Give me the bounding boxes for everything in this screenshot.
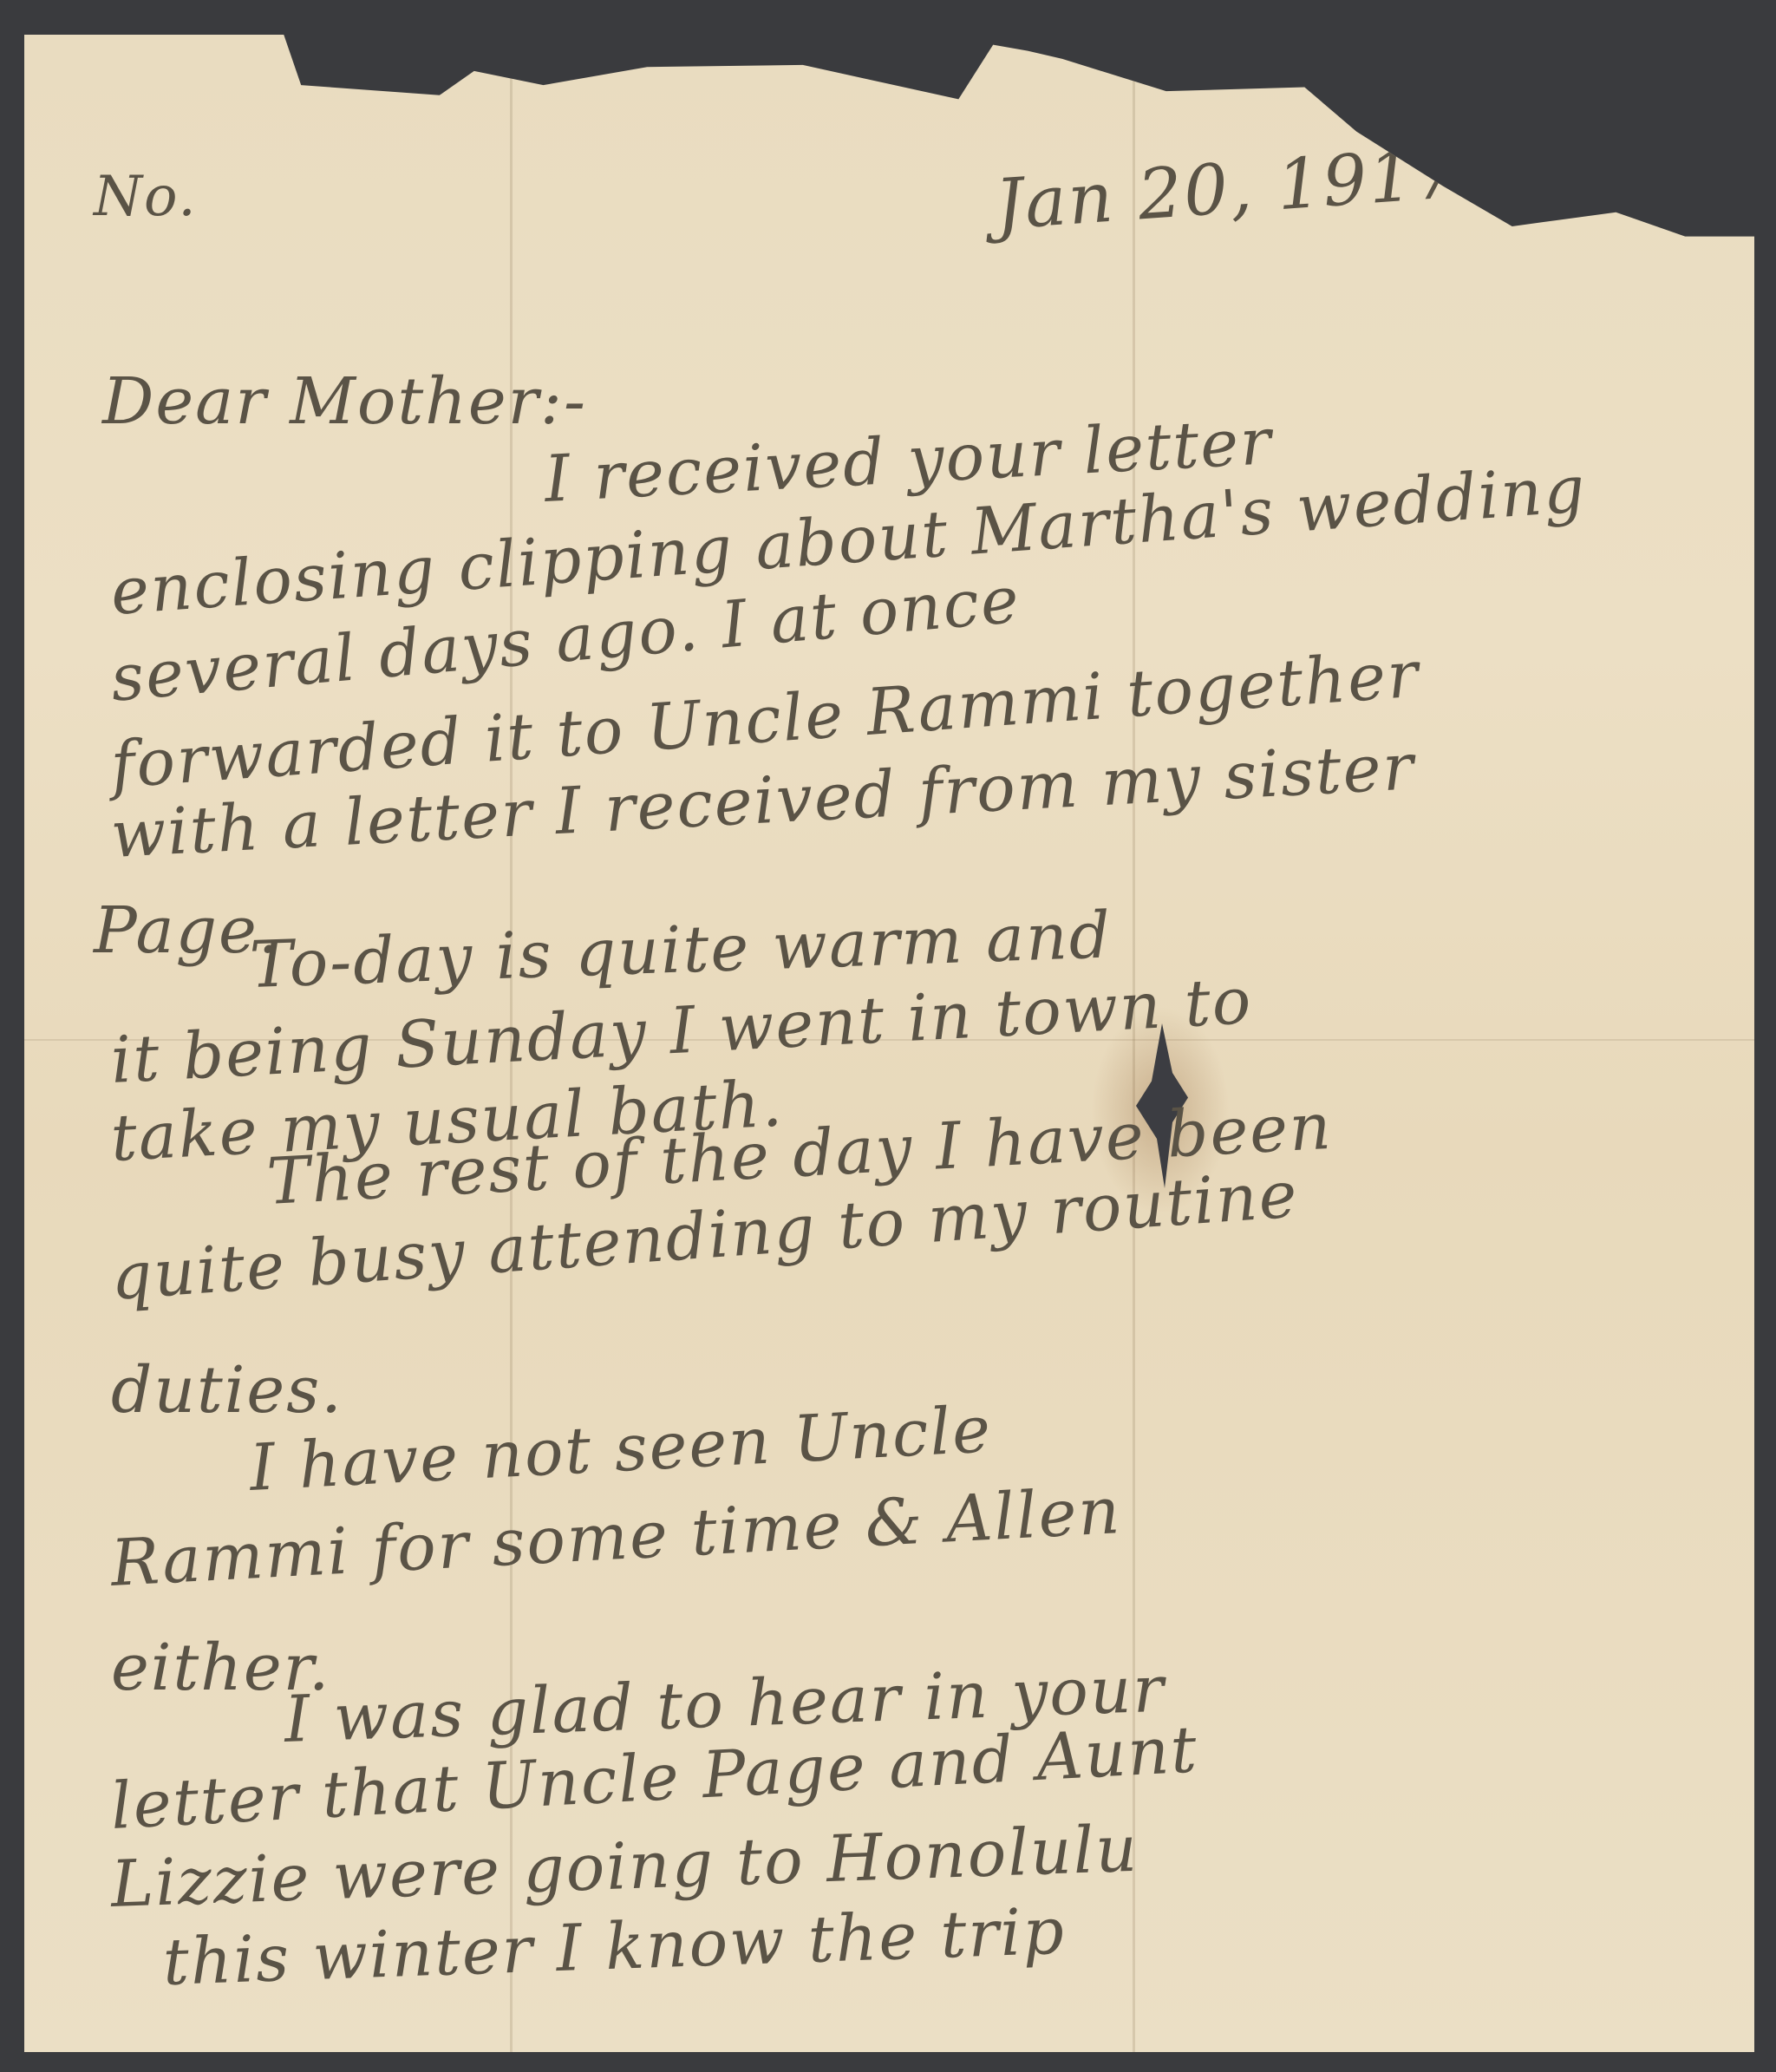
letter-line: duties. (111, 1353, 343, 1428)
salutation: Dear Mother:- (102, 364, 587, 439)
letter-paper: No. Jan 20, 1917. Dear Mother:- I receiv… (24, 35, 1754, 2052)
letter-date: Jan 20, 1917. (993, 131, 1487, 245)
number-label: No. (94, 165, 198, 229)
